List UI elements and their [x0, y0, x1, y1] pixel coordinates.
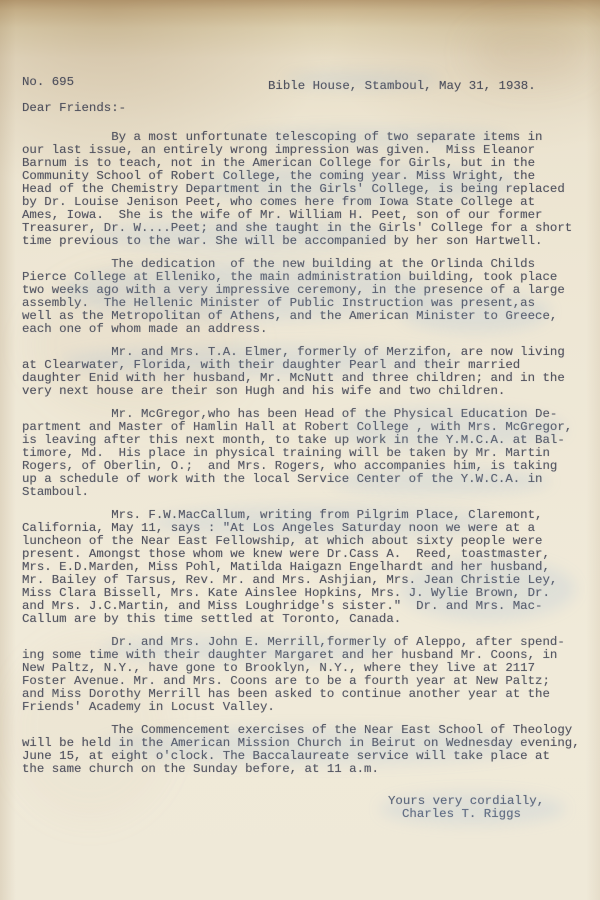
letter-paragraph: Mrs. F.W.MacCallum, writing from Pilgrim…: [22, 509, 588, 626]
letter-paragraph: The Commencement exercises of the Near E…: [22, 724, 588, 776]
letter-paragraph: Dr. and Mrs. John E. Merrill,formerly of…: [22, 636, 588, 714]
letter-paragraph: Mr. and Mrs. T.A. Elmer, formerly of Mer…: [22, 346, 588, 398]
letter-paragraph: Mr. McGregor,who has been Head of the Ph…: [22, 408, 588, 499]
dateline: Bible House, Stamboul, May 31, 1938.: [268, 80, 536, 93]
letter-page: No. 695 Bible House, Stamboul, May 31, 1…: [0, 0, 600, 900]
letter-body: By a most unfortunate telescoping of two…: [22, 131, 588, 786]
signature: Charles T. Riggs: [402, 808, 521, 821]
letter-paragraph: The dedication of the new building at th…: [22, 258, 588, 336]
document-number: No. 695: [22, 76, 74, 89]
salutation: Dear Friends:-: [22, 102, 126, 115]
paper-stain: [470, 25, 590, 80]
letter-paragraph: By a most unfortunate telescoping of two…: [22, 131, 588, 248]
